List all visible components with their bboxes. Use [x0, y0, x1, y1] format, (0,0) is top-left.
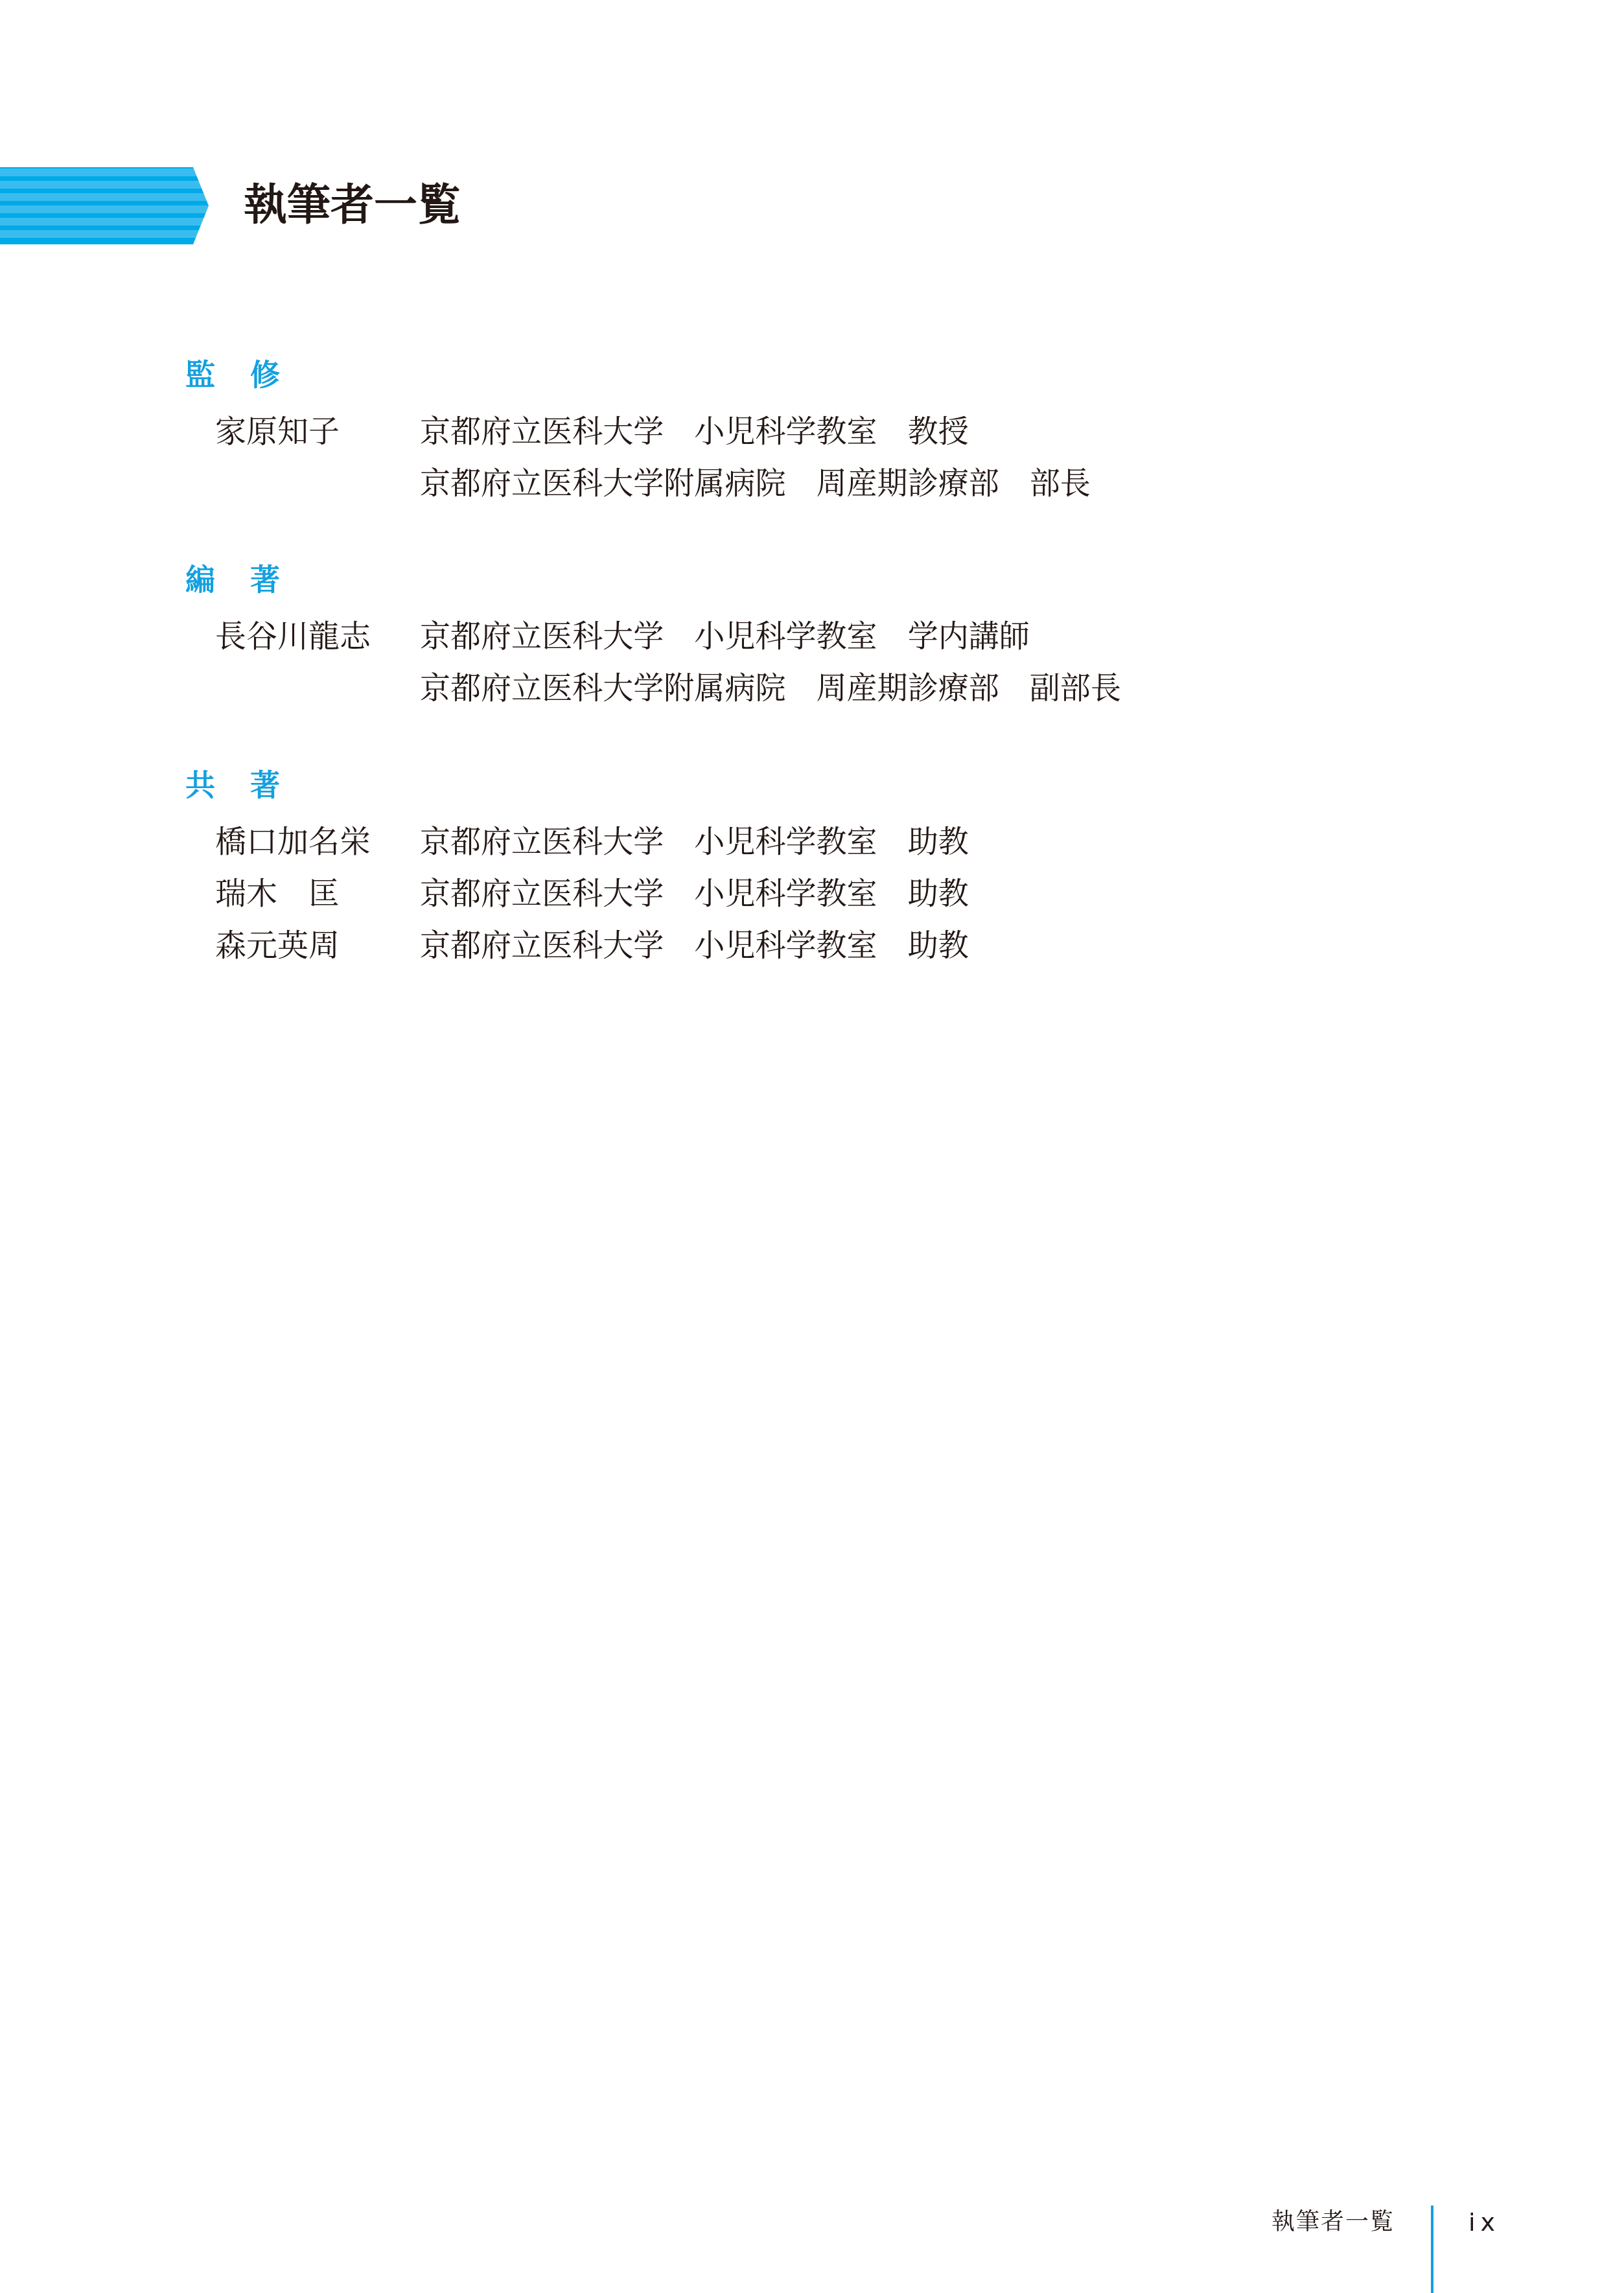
entry-list: 家原知子 京都府立医科大学 小児科学教室 教授 京都府立医科大学附属病院 周産期… — [185, 406, 1104, 509]
author-name: 森元英周 — [185, 920, 420, 972]
author-entry: 長谷川龍志 京都府立医科大学 小児科学教室 学内講師 京都府立医科大学附属病院 … — [185, 611, 1135, 714]
entry-list: 長谷川龍志 京都府立医科大学 小児科学教室 学内講師 京都府立医科大学附属病院 … — [185, 611, 1135, 714]
author-affiliation: 京都府立医科大学 小児科学教室 教授 — [420, 406, 969, 458]
author-entry: 橋口加名栄 京都府立医科大学 小児科学教室 助教 — [185, 816, 980, 868]
author-name: 瑞木 匡 — [185, 868, 420, 920]
author-affiliation: 京都府立医科大学 小児科学教室 助教 — [420, 816, 969, 868]
section-coauthors: 共 著 橋口加名栄 京都府立医科大学 小児科学教室 助教 瑞木 匡 京都府立医科… — [185, 767, 980, 972]
page-title: 執筆者一覧 — [244, 176, 461, 233]
page-number: ix — [1468, 2206, 1500, 2239]
running-title: 執筆者一覧 — [1271, 2206, 1395, 2239]
author-name: 家原知子 — [185, 406, 420, 458]
section-label: 共 著 — [185, 767, 980, 803]
author-affiliation: 京都府立医科大学 小児科学教室 学内講師 — [420, 611, 1030, 662]
entry-list: 橋口加名栄 京都府立医科大学 小児科学教室 助教 瑞木 匡 京都府立医科大学 小… — [185, 816, 980, 972]
section-supervision: 監 修 家原知子 京都府立医科大学 小児科学教室 教授 京都府立医科大学附属病院… — [185, 356, 1104, 509]
author-entry: 瑞木 匡 京都府立医科大学 小児科学教室 助教 — [185, 868, 980, 920]
author-affiliation: 京都府立医科大学附属病院 周産期診療部 部長 — [420, 458, 1091, 509]
header-arrow-banner — [0, 167, 209, 244]
author-entry: 森元英周 京都府立医科大学 小児科学教室 助教 — [185, 920, 980, 972]
author-affiliation: 京都府立医科大学 小児科学教室 助教 — [420, 920, 969, 972]
author-name: 長谷川龍志 — [185, 611, 420, 662]
author-name: 橋口加名栄 — [185, 816, 420, 868]
section-label: 編 著 — [185, 561, 1135, 598]
author-affiliation: 京都府立医科大学 小児科学教室 助教 — [420, 868, 969, 920]
section-editor: 編 著 長谷川龍志 京都府立医科大学 小児科学教室 学内講師 京都府立医科大学附… — [185, 561, 1135, 714]
footer-divider — [1431, 2206, 1433, 2293]
author-entry: 家原知子 京都府立医科大学 小児科学教室 教授 京都府立医科大学附属病院 周産期… — [185, 406, 1104, 509]
author-affiliation: 京都府立医科大学附属病院 周産期診療部 副部長 — [420, 662, 1121, 714]
section-label: 監 修 — [185, 356, 1104, 393]
